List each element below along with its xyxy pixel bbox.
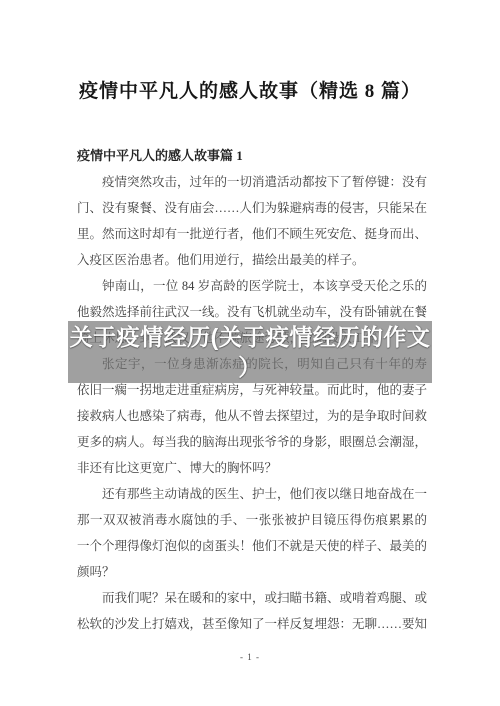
text-line: 颜吗？ bbox=[77, 559, 427, 585]
text-line: 还有那些主动请战的医生、护士，他们夜以继日地奋战在一线。 bbox=[77, 481, 427, 507]
text-line: 非还有比这更宽广、博大的胸怀吗？ bbox=[77, 455, 427, 481]
overlay-banner-title-line1: 关于疫情经历(关于疫情经历的作文 bbox=[68, 322, 432, 352]
text-line: 更多的病人。每当我的脑海出现张爷爷的身影，眼圈总会潮湿，莫 bbox=[77, 429, 427, 455]
text-line: 里。然而这时却有一批逆行者，他们不顾生死安危、挺身而出、闯 bbox=[77, 221, 427, 247]
page-number: - 1 - bbox=[0, 652, 500, 662]
text-line: 入疫区医治患者。他们用逆行，描绘出最美的样子。 bbox=[77, 247, 427, 273]
document-body: 疫情中平凡人的感人故事篇 1疫情突然攻击，过年的一切消遣活动都按下了暂停键：没有… bbox=[77, 143, 427, 637]
text-line: 钟南山，一位 84 岁高龄的医学院士，本该享受天伦之乐的年纪， bbox=[77, 273, 427, 299]
document-page: 疫情中平凡人的感人故事（精选 8 篇） 疫情中平凡人的感人故事篇 1疫情突然攻击… bbox=[0, 0, 500, 706]
section-heading: 疫情中平凡人的感人故事篇 1 bbox=[77, 143, 427, 169]
overlay-banner-title-line2: ） bbox=[68, 352, 432, 382]
text-line: 而我们呢？呆在暖和的家中，或扫瞄书籍、或啃着鸡腿、或躺在 bbox=[77, 585, 427, 611]
text-line: 门、没有聚餐、没有庙会……人们为躲避病毒的侵害，只能呆在家 bbox=[77, 195, 427, 221]
text-line: 那一双双被消毒水腐蚀的手、一张张被护目镜压得伤痕累累的脸， bbox=[77, 507, 427, 533]
text-line: 一个个理得像灯泡似的卤蛋头！他们不就是天使的样子、最美的容 bbox=[77, 533, 427, 559]
overlay-banner: 关于疫情经历(关于疫情经历的作文 ） bbox=[68, 321, 432, 383]
text-line: 接救病人也感染了病毒，他从不曾去探望过，为的是争取时间救治 bbox=[77, 403, 427, 429]
text-line: 松软的沙发上打嬉戏，甚至像知了一样反复埋怨：无聊……要知 bbox=[77, 611, 427, 637]
document-title: 疫情中平凡人的感人故事（精选 8 篇） bbox=[0, 76, 500, 103]
text-line: 疫情突然攻击，过年的一切消遣活动都按下了暂停键：没有串 bbox=[77, 169, 427, 195]
